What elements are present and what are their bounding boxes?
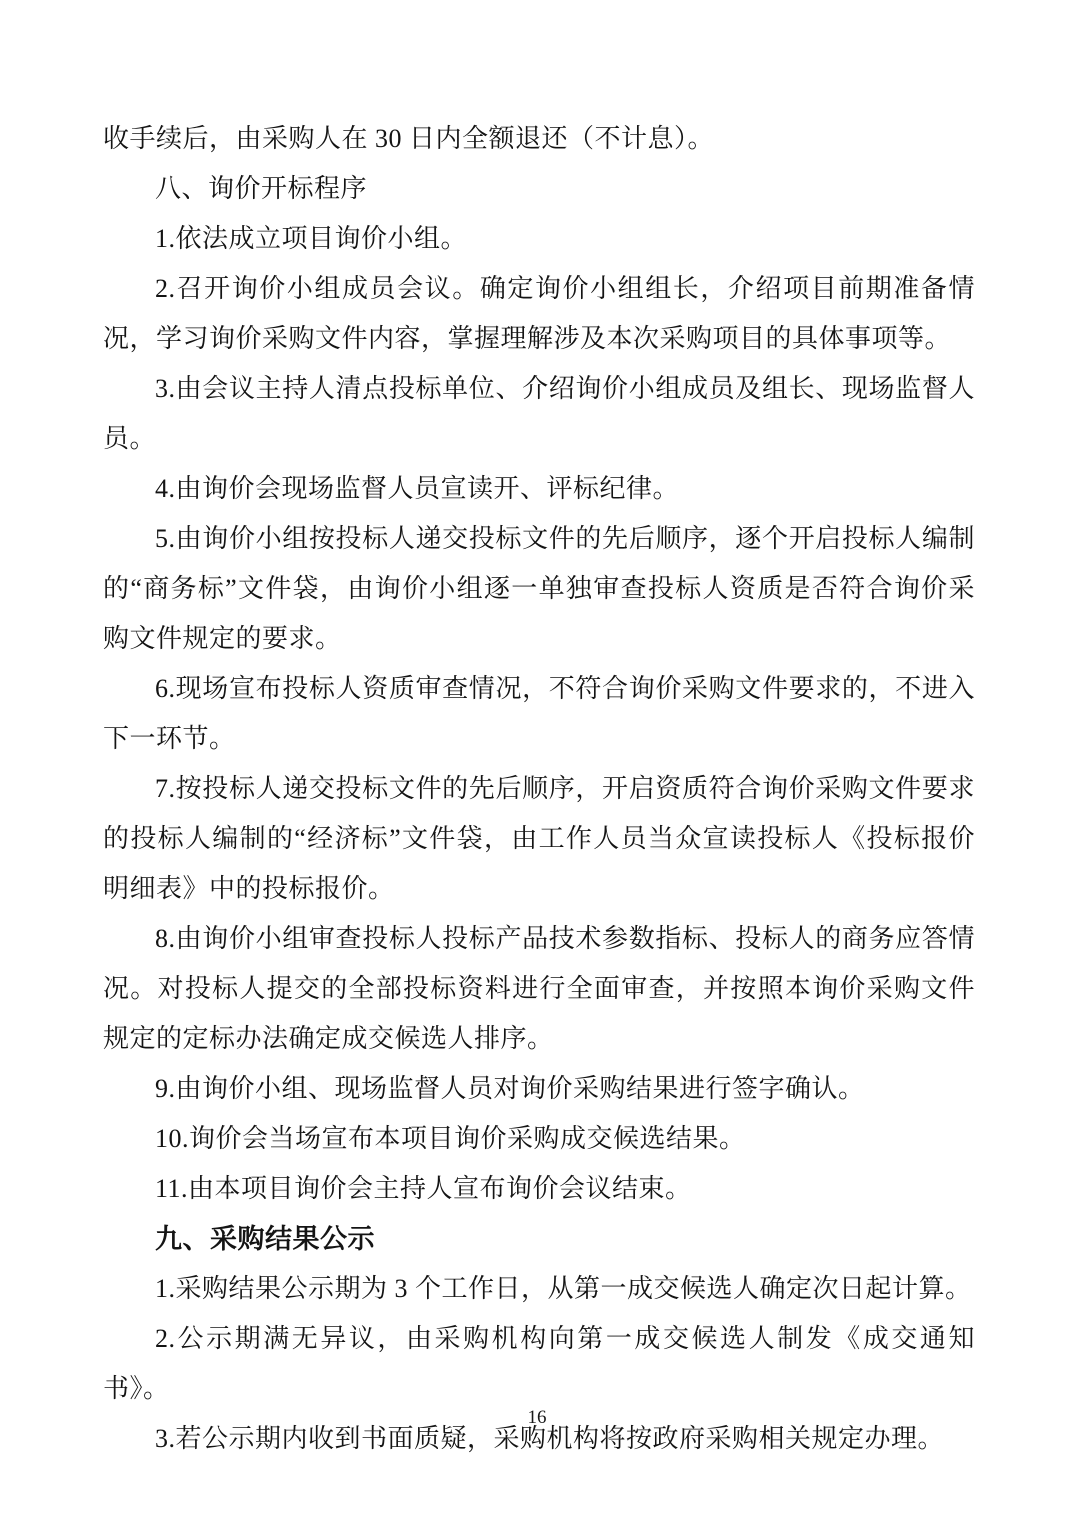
paragraph: 5.由询价小组按投标人递交投标文件的先后顺序，逐个开启投标人编制的“商务标”文件…: [103, 514, 975, 664]
page-number: 16: [0, 1406, 1074, 1430]
paragraph: 2.公示期满无异议，由采购机构向第一成交候选人制发《成交通知书》。: [103, 1314, 975, 1414]
paragraph: 9.由询价小组、现场监督人员对询价采购结果进行签字确认。: [103, 1064, 975, 1114]
paragraph: 1.采购结果公示期为 3 个工作日，从第一成交候选人确定次日起计算。: [103, 1264, 975, 1314]
paragraph: 4.由询价会现场监督人员宣读开、评标纪律。: [103, 464, 975, 514]
paragraph: 11.由本项目询价会主持人宣布询价会议结束。: [103, 1164, 975, 1214]
paragraph: 7.按投标人递交投标文件的先后顺序，开启资质符合询价采购文件要求的投标人编制的“…: [103, 764, 975, 914]
document-page: 收手续后，由采购人在 30 日内全额退还（不计息）。八、询价开标程序1.依法成立…: [0, 0, 1074, 1520]
paragraph: 3.由会议主持人清点投标单位、介绍询价小组成员及组长、现场监督人员。: [103, 364, 975, 464]
document-body: 收手续后，由采购人在 30 日内全额退还（不计息）。八、询价开标程序1.依法成立…: [103, 114, 975, 1464]
paragraph: 10.询价会当场宣布本项目询价采购成交候选结果。: [103, 1114, 975, 1164]
paragraph: 八、询价开标程序: [103, 164, 975, 214]
paragraph: 2.召开询价小组成员会议。确定询价小组组长，介绍项目前期准备情况，学习询价采购文…: [103, 264, 975, 364]
paragraph: 1.依法成立项目询价小组。: [103, 214, 975, 264]
paragraph: 6.现场宣布投标人资质审查情况，不符合询价采购文件要求的，不进入下一环节。: [103, 664, 975, 764]
section-heading: 九、采购结果公示: [103, 1214, 975, 1264]
paragraph: 收手续后，由采购人在 30 日内全额退还（不计息）。: [103, 114, 975, 164]
paragraph: 8.由询价小组审查投标人投标产品技术参数指标、投标人的商务应答情况。对投标人提交…: [103, 914, 975, 1064]
